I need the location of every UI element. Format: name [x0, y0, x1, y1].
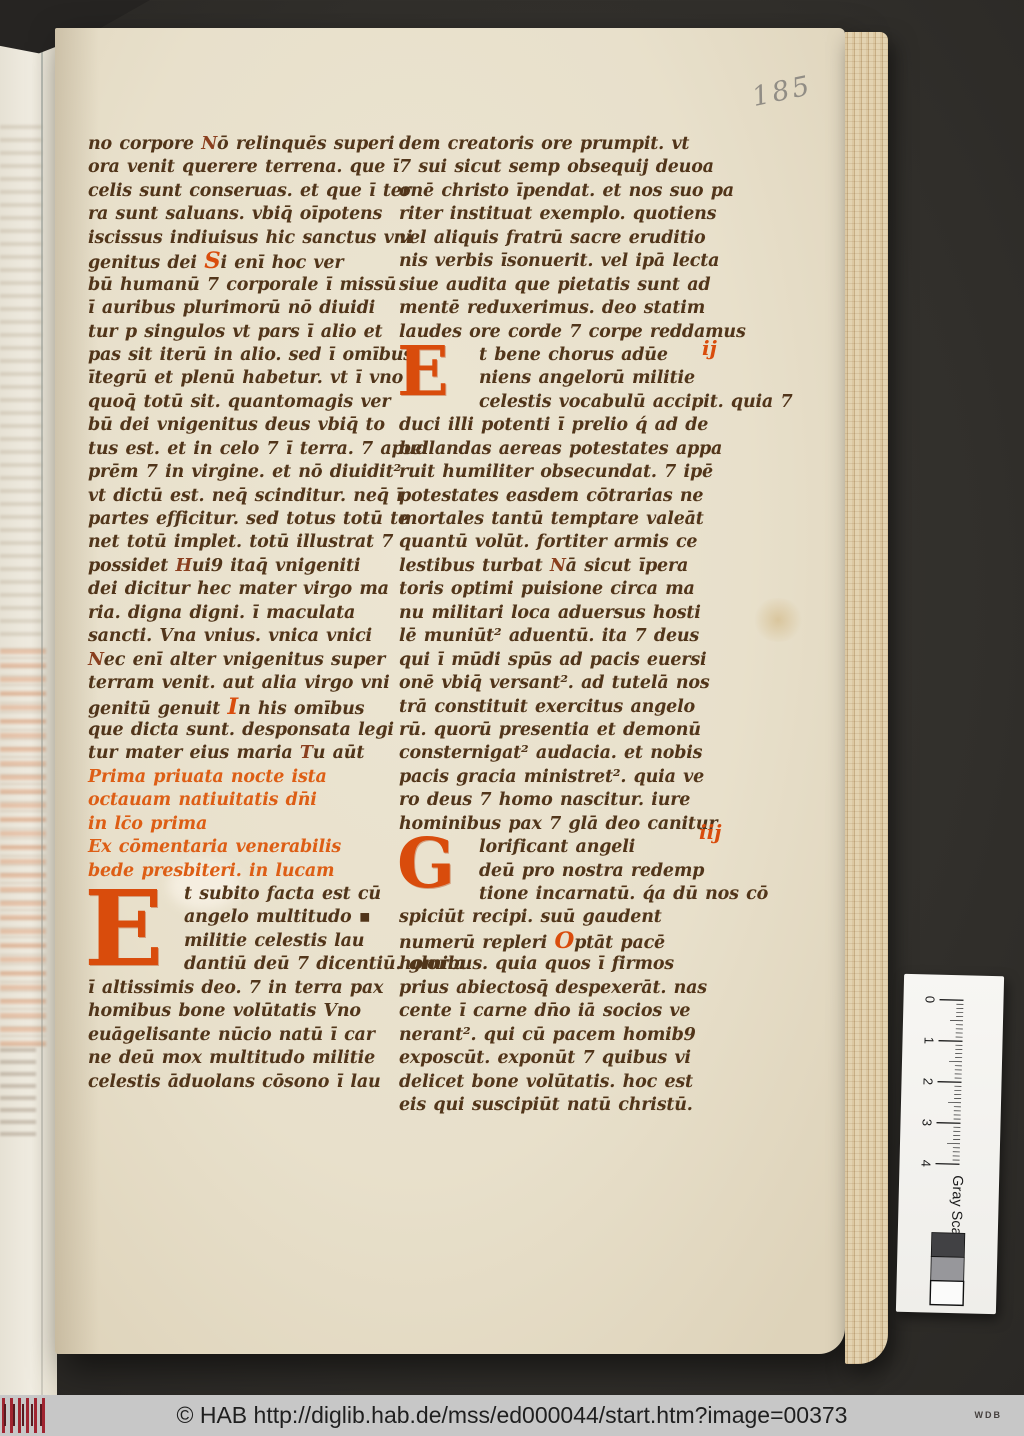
parchment-stain [752, 598, 804, 642]
facing-page-edge [0, 6, 57, 1395]
text-line: exposcūt. exponūt 7 quibus vi [399, 1047, 721, 1070]
rubric-line: in lc̄o prima [88, 813, 394, 836]
text-line: duci illi potenti ī prelio q́ ad de [399, 414, 721, 437]
ruler-digit-3: 3 [919, 1119, 934, 1127]
text-line: numerū repleri Optāt pacē [399, 930, 721, 953]
text-line: possidet Hui9 itaq̄ vnigeniti [88, 555, 394, 578]
text-line: ītegrū et plenū habetur. vt ī vno [88, 367, 394, 390]
text-line: prēm 7 in virgine. et nō diuidit² [88, 461, 394, 484]
text-line: lē muniūt² aduentū. ita 7 deus [399, 625, 721, 648]
highlighted-initial: N [201, 134, 217, 154]
highlighted-initial: O [554, 928, 574, 954]
text-line: ruit humiliter obsecundat. 7 ipē [399, 461, 721, 484]
text-line: ria. digna digni. ī maculata [88, 602, 394, 625]
page-fold-crease [41, 6, 43, 1395]
text-line: vt dictū est. neq̄ scinditur. neq̄ ī [88, 485, 394, 508]
caption-text: © HAB http://diglib.hab.de/mss/ed000044/… [0, 1402, 1024, 1429]
text-line: quantū volūt. fortiter armis ce [399, 531, 721, 554]
text-line: vel aliquis fratrū sacre eruditio [399, 227, 721, 250]
ruler-digit-2: 2 [920, 1078, 935, 1086]
text-line: bū dei vnigenitus deus vbiq̄ to [88, 414, 394, 437]
text-line: mentē reduxerimus. deo statim [399, 297, 721, 320]
text-line: consternigat² audacia. et nobis [399, 742, 721, 765]
book-fore-edge [845, 32, 888, 1364]
wdb-logo: WDB [975, 1410, 1003, 1420]
grayscale-calibration-card: 01234 Gray Scale [896, 974, 1004, 1314]
bleed-through-text-upper [0, 116, 42, 636]
text-line: dei dicitur hec mater virgo ma [88, 578, 394, 601]
text-column-right: dem creatoris ore prumpit. vt7 sui sicut… [399, 133, 721, 1117]
drop-cap-initial-G: G [397, 836, 475, 884]
text-line: pas sit iterū in alio. sed ī omībus [88, 344, 394, 367]
text-line: hominibus pax 7 glā deo canitur [399, 813, 721, 836]
text-line: no corpore Nō relinquēs superi [88, 133, 394, 156]
text-line: pacis gracia ministret². quia ve [399, 766, 721, 789]
text-line: quoq̄ totū sit. quantomagis ver [88, 391, 394, 414]
text-line: lestibus turbat Nā sicut īpera [399, 555, 721, 578]
text-line: nu militari loca aduersus hosti [399, 602, 721, 625]
drop-cap-initial-E: E [84, 885, 178, 955]
text-line: ne deū mox multitudo militie [88, 1047, 394, 1070]
text-line: ora venit querere terrena. que ī [88, 156, 394, 179]
text-line: homibus. quia quos ī firmos [399, 953, 721, 976]
text-column-left: no corpore Nō relinquēs superiora venit … [88, 133, 394, 1094]
rubric-line: Ex cōmentaria venerabilis [88, 836, 394, 859]
text-line: celis sunt conseruas. et que ī ter [88, 180, 394, 203]
text-line: bū humanū 7 corporale ī missū [88, 274, 394, 297]
text-line: toris optimi puisione circa ma [399, 578, 721, 601]
text-line: potestates easdem cōtrarias ne [399, 485, 721, 508]
text-line: siue audita que pietatis sunt ad [399, 274, 721, 297]
text-line: iscissus indiuisus hic sanctus vni [88, 227, 394, 250]
rubric-line: octauam natiuitatis dn̄i [88, 789, 394, 812]
ruler-digits: 01234 [918, 996, 937, 1168]
marginal-numeral-ij: ij [702, 336, 717, 360]
gray-patch-white [930, 1281, 964, 1306]
text-line: ro deus 7 homo nascitur. iure [399, 789, 721, 812]
text-line: ra sunt saluans. vbiq̄ oīpotens [88, 203, 394, 226]
gray-patch-dark [931, 1233, 965, 1258]
ruler-digit-1: 1 [921, 1037, 936, 1045]
text-line: trā constituit exercitus angelo [399, 696, 721, 719]
text-line: delicet bone volūtatis. hoc est [399, 1071, 721, 1094]
text-line: ī altissimis deo. 7 in terra pax [88, 977, 394, 1000]
highlighted-initial: S [204, 248, 220, 274]
text-line: tur p singulos vt pars ī alio et [88, 321, 394, 344]
drop-cap-initial-E: E [397, 344, 475, 392]
text-line: 7 sui sicut semp obsequij deuoa [399, 156, 721, 179]
text-line: tur mater eius maria Tu aūt [88, 742, 394, 765]
text-line: bellandas aereas potestates appa [399, 438, 721, 461]
text-line: riter instituat exemplo. quotiens [399, 203, 721, 226]
bleed-through-text-lower [0, 1046, 36, 1136]
highlighted-initial: N [550, 556, 566, 576]
ruler-digit-4: 4 [918, 1160, 933, 1168]
text-line: celestis āduolans cōsono ī lau [88, 1071, 394, 1094]
text-line: genitus dei Si enī hoc ver [88, 250, 394, 273]
text-line: eis qui suscipiūt natū christū. [399, 1094, 721, 1117]
bleed-through-rubric [0, 646, 46, 1046]
grayscale-ruler: 01234 Gray Scale [896, 974, 1004, 1314]
text-line: prius abiectosq̄ despexerāt. nas [399, 977, 721, 1000]
text-line: onē vbiq̄ versant². ad tutelā nos [399, 672, 721, 695]
text-line: spiciūt recipi. suū gaudent [399, 906, 721, 929]
text-line: terram venit. aut alia virgo vni [88, 672, 394, 695]
highlighted-initial: T [300, 743, 313, 763]
text-line: Nec enī alter vnigenitus super [88, 649, 394, 672]
text-line: dem creatoris ore prumpit. vt [399, 133, 721, 156]
text-line: mortales tantū temptare valeāt [399, 508, 721, 531]
text-line: sancti. Vna vnius. vnica vnici [88, 625, 394, 648]
rubric-line: Prima priuata nocte ista [88, 766, 394, 789]
caption-bar: © HAB http://diglib.hab.de/mss/ed000044/… [0, 1395, 1024, 1436]
text-line: onē christo īpendat. et nos suo pa [399, 180, 721, 203]
text-line: net totū implet. totū illustrat 7 [88, 531, 394, 554]
text-line: nis verbis īsonuerit. vel ipā lecta [399, 250, 721, 273]
text-line: genitū genuit In his omībus [88, 696, 394, 719]
highlighted-initial: H [176, 556, 192, 576]
text-line: laudes ore corde 7 corpe reddamus [399, 321, 721, 344]
text-line: tus est. et in celo 7 ī terra. 7 apud [88, 438, 394, 461]
gray-patch-mid [931, 1257, 965, 1282]
text-line: rū. quorū presentia et demonū [399, 719, 721, 742]
text-line: partes efficitur. sed totus totū te [88, 508, 394, 531]
text-line: que dicta sunt. desponsata legi [88, 719, 394, 742]
text-line: ī auribus plurimorū nō diuidi [88, 297, 394, 320]
text-line: cente ī carne dn̄o iā socios ve [399, 1000, 721, 1023]
ruler-digit-0: 0 [922, 996, 937, 1004]
highlighted-initial: I [227, 694, 237, 720]
text-line: homibus bone volūtatis Vno [88, 1000, 394, 1023]
text-line: qui ī mūdi spūs ad pacis euersi [399, 649, 721, 672]
marginal-numeral-iij: iij [699, 820, 721, 844]
text-line: nerant². qui cū pacem homib9 [399, 1024, 721, 1047]
rubric-line: bede presbiteri. in lucam [88, 860, 394, 883]
text-line: euāgelisante nūcio natū ī car [88, 1024, 394, 1047]
highlighted-initial: N [88, 650, 104, 670]
